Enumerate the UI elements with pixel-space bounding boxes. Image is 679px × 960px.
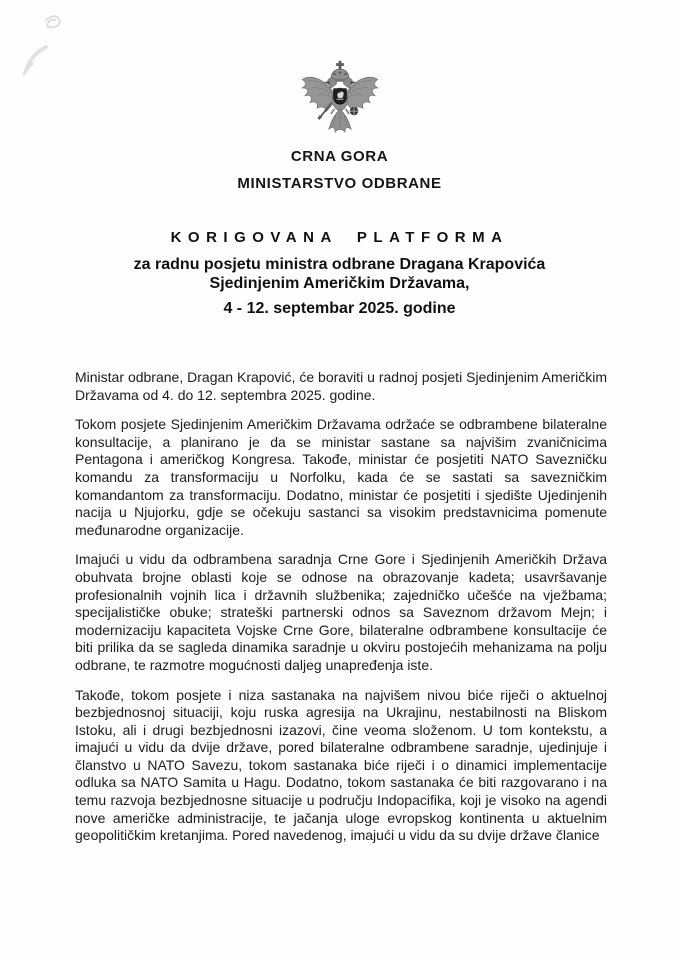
document-date: 4 - 12. septembar 2025. godine [0, 301, 679, 317]
ministry-name: MINISTARSTVO ODBRANE [0, 177, 679, 191]
paragraph-4: Takođe, tokom posjete i niza sastanaka n… [75, 687, 607, 845]
document-header: CRNA GORA MINISTARSTVO ODBRANE [0, 60, 679, 191]
document-body: Ministar odbrane, Dragan Krapović, će bo… [0, 369, 679, 845]
document-subtitle: za radnu posjetu ministra odbrane Dragan… [0, 255, 679, 293]
subtitle-line-2: Sjedinjenim Američkim Državama, [0, 274, 679, 293]
title-block: KORIGOVANA PLATFORMA za radnu posjetu mi… [0, 230, 679, 317]
country-name: CRNA GORA [0, 150, 679, 164]
montenegro-coat-of-arms-icon [297, 60, 383, 144]
document-page: CRNA GORA MINISTARSTVO ODBRANE KORIGOVAN… [0, 0, 679, 960]
paragraph-2: Tokom posjete Sjedinjenim Američkim Drža… [75, 416, 607, 539]
document-title: KORIGOVANA PLATFORMA [0, 230, 679, 245]
subtitle-line-1: za radnu posjetu ministra odbrane Dragan… [0, 255, 679, 274]
paragraph-3: Imajući u vidu da odbrambena saradnja Cr… [75, 551, 607, 674]
paragraph-1: Ministar odbrane, Dragan Krapović, će bo… [75, 369, 607, 404]
